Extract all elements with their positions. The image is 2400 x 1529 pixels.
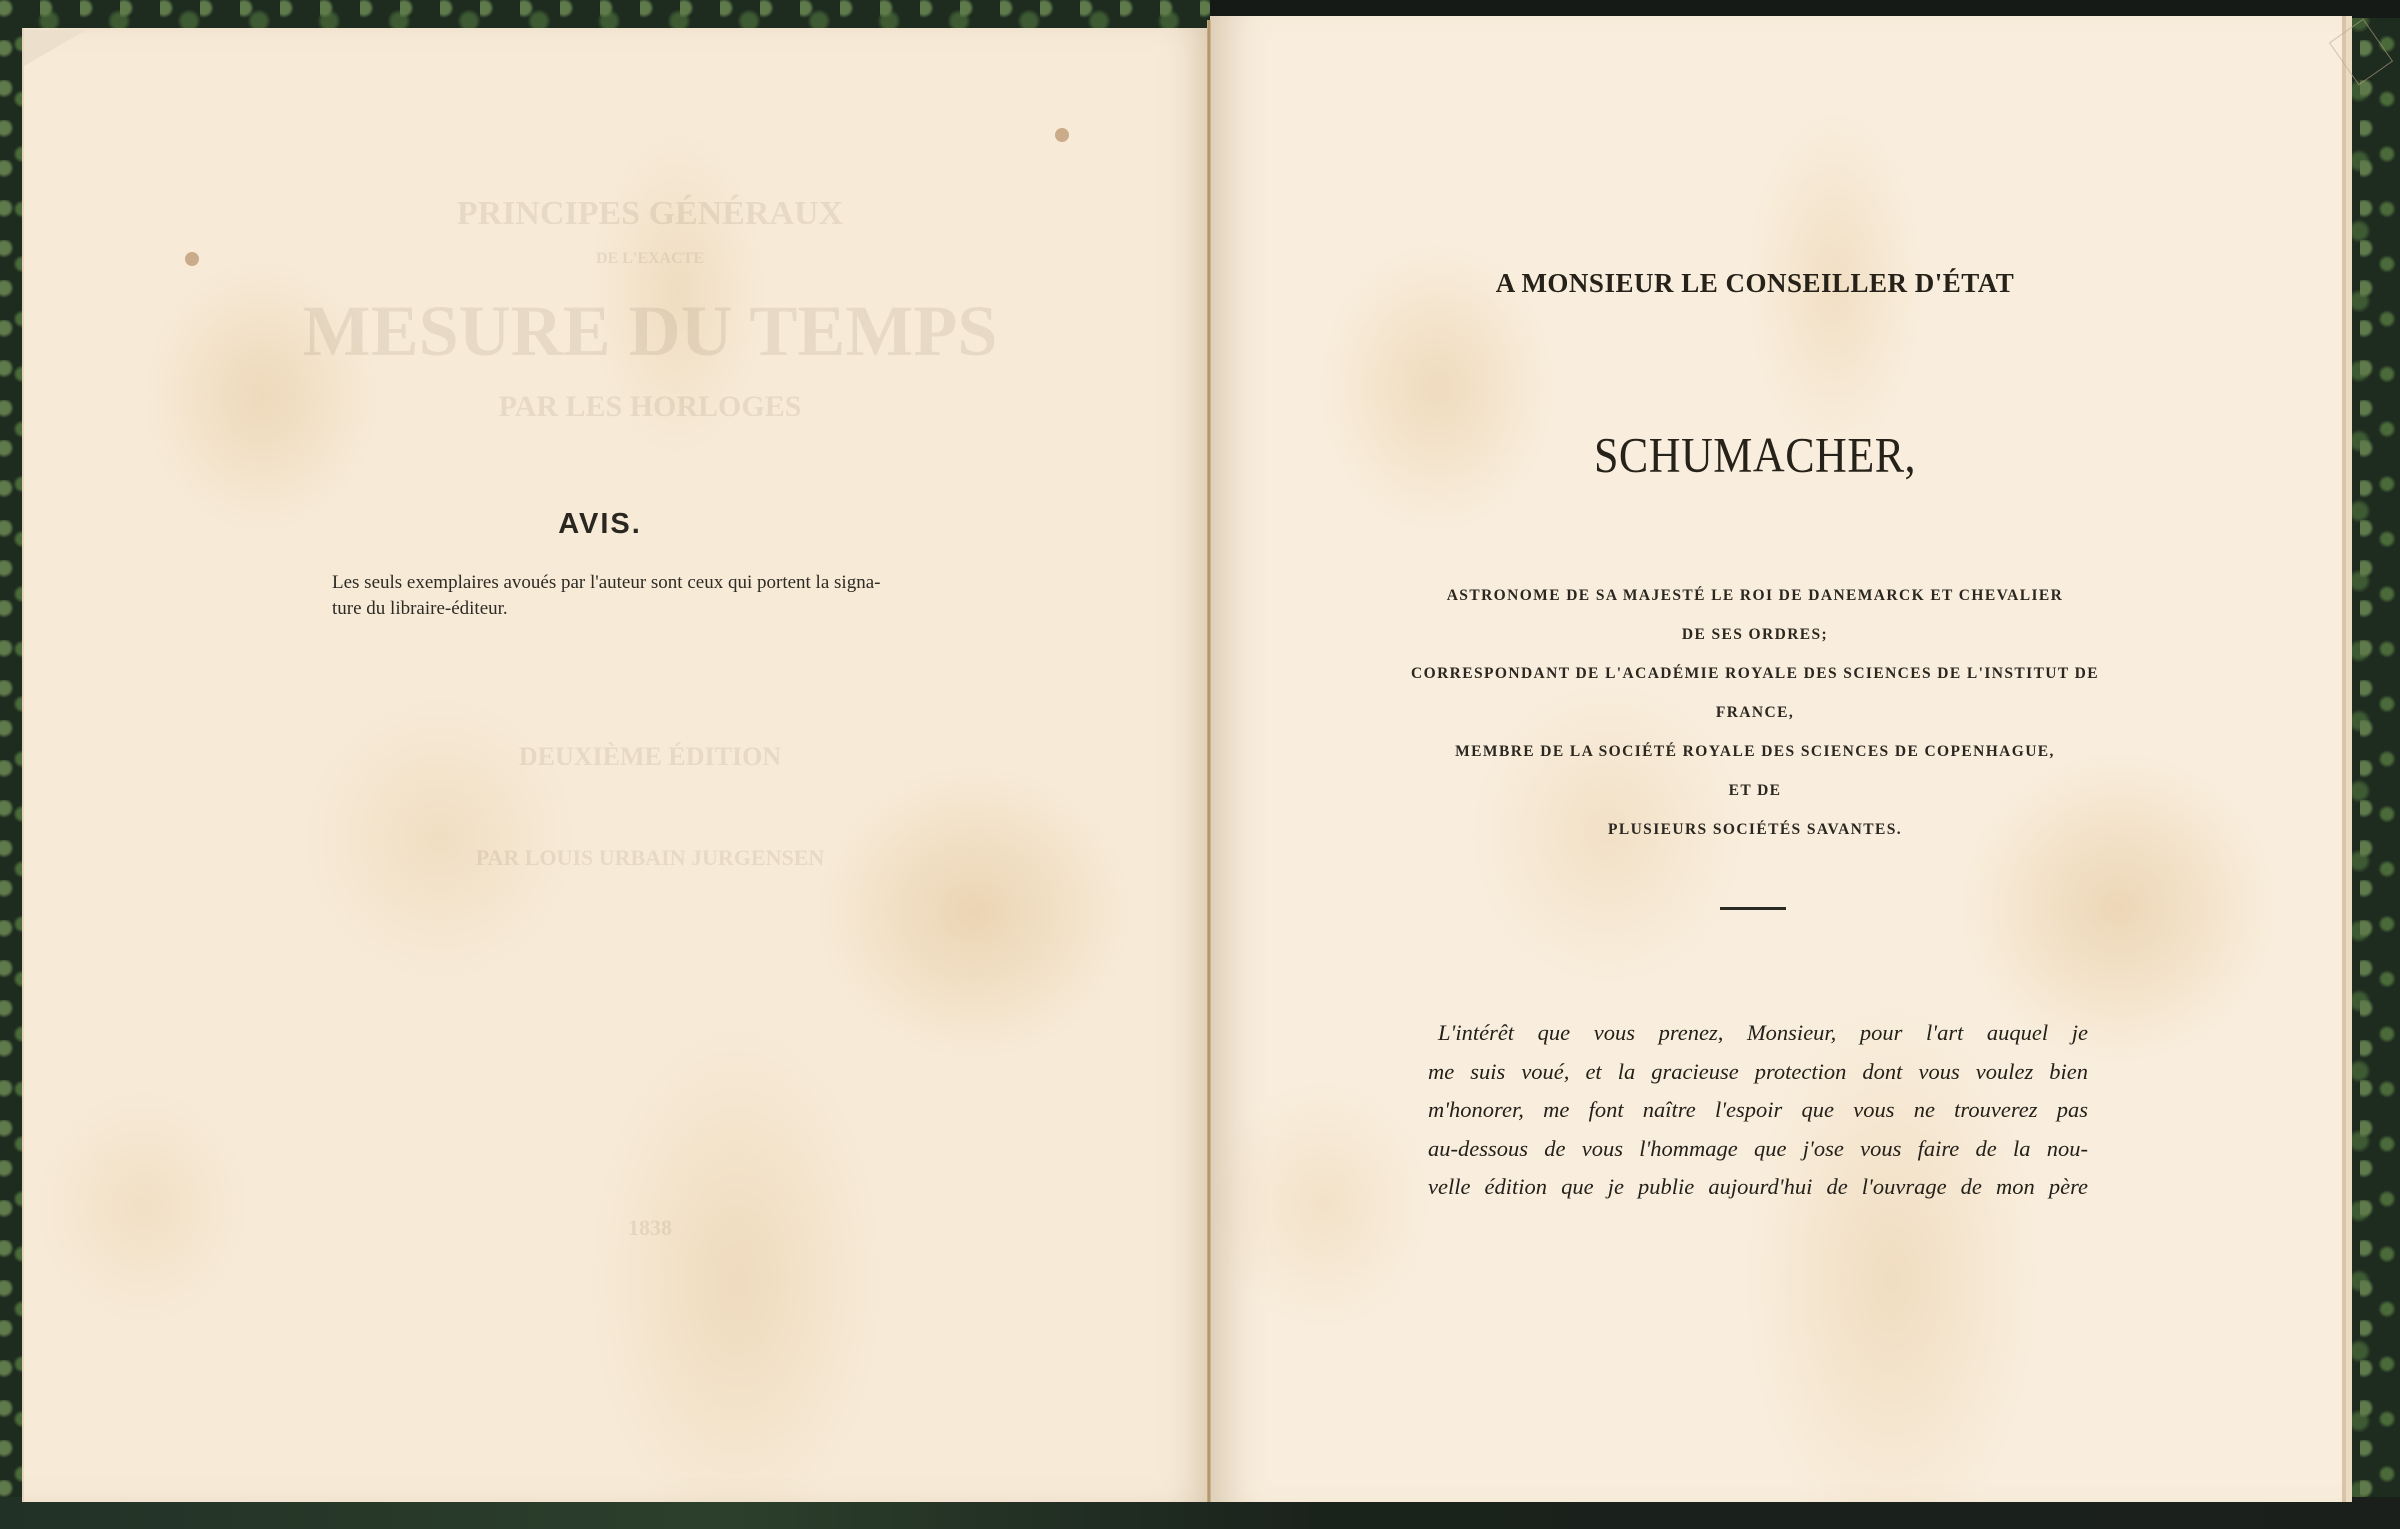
dedicatee-titles: ASTRONOME DE SA MAJESTÉ LE ROI DE DANEMA…: [1380, 576, 2130, 849]
letter-line: m'honorer, me font naître l'espoir que v…: [1428, 1091, 2088, 1130]
foxing-stain: [1055, 128, 1069, 142]
dedication-line: A MONSIEUR LE CONSEILLER D'ÉTAT: [1380, 268, 2130, 299]
foxing-stain: [185, 252, 199, 266]
left-page: [22, 28, 1212, 1502]
letter-line: au-dessous de vous l'hommage que j'ose v…: [1428, 1130, 2088, 1169]
letter-line: velle édition que je publie aujourd'hui …: [1428, 1168, 2088, 1207]
title-line: MEMBRE DE LA SOCIÉTÉ ROYALE DES SCIENCES…: [1380, 732, 2130, 771]
dedicatee-name: SCHUMACHER,: [1380, 427, 2130, 484]
title-line: PLUSIEURS SOCIÉTÉS SAVANTES.: [1380, 810, 2130, 849]
title-line: CORRESPONDANT DE L'ACADÉMIE ROYALE DES S…: [1380, 654, 2130, 732]
section-divider: [1720, 907, 1786, 910]
notice-line: Les seuls exemplaires avoués par l'auteu…: [332, 570, 972, 596]
title-line: DE SES ORDRES;: [1380, 615, 2130, 654]
letter-line: me suis voué, et la gracieuse protection…: [1428, 1053, 2088, 1092]
book-gutter: [1207, 20, 1211, 1502]
notice-line: ture du libraire-éditeur.: [332, 596, 972, 622]
notice-text: Les seuls exemplaires avoués par l'auteu…: [332, 570, 972, 622]
title-line: ASTRONOME DE SA MAJESTÉ LE ROI DE DANEMA…: [1380, 576, 2130, 615]
letter-line: L'intérêt que vous prenez, Monsieur, pou…: [1428, 1014, 2088, 1053]
title-line: ET DE: [1380, 771, 2130, 810]
dedication-letter: L'intérêt que vous prenez, Monsieur, pou…: [1428, 1014, 2088, 1207]
notice-heading: AVIS.: [0, 508, 1200, 541]
